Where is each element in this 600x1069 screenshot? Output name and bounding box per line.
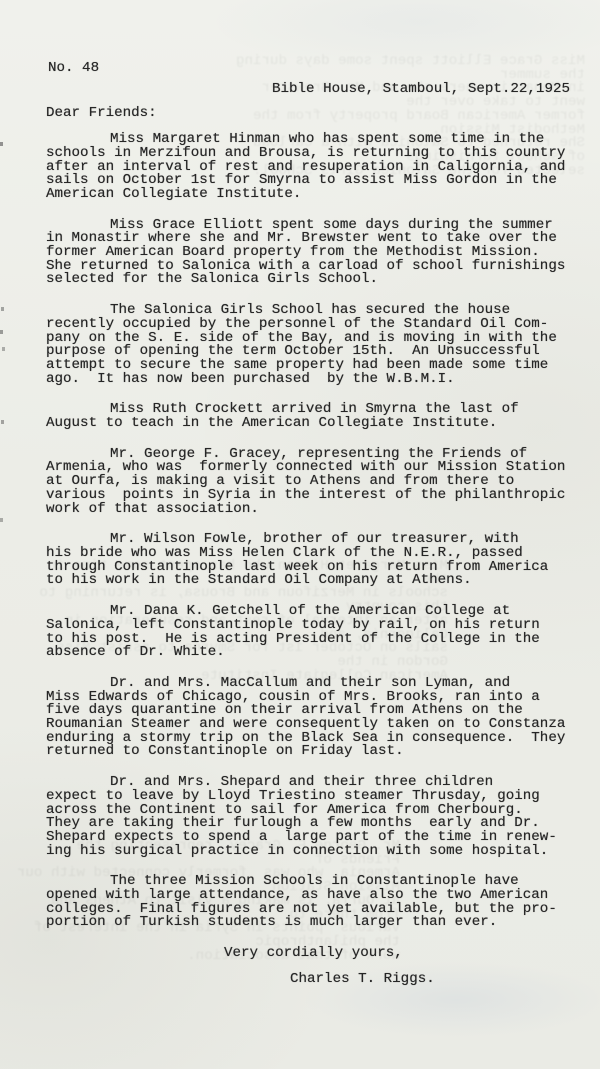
paragraph-6: Mr. Wilson Fowle, brother of our treasur… <box>46 533 570 588</box>
paragraph-8: Dr. and Mrs. MacCallum and their son Lym… <box>46 677 570 759</box>
paragraph-10: The three Mission Schools in Constantino… <box>46 875 570 930</box>
dateline: Bible House, Stamboul, Sept.22,1925 <box>46 83 570 97</box>
paragraph-3: The Salonica Girls School has secured th… <box>46 304 570 386</box>
letter-body: Miss Margaret Hinman who has spent some … <box>46 133 570 930</box>
paragraph-2: Miss Grace Elliott spent some days durin… <box>46 219 570 288</box>
signature-name: Charles T. Riggs. <box>290 973 570 987</box>
letter-number: No. 48 <box>48 62 570 76</box>
salutation: Dear Friends: <box>46 107 570 121</box>
paragraph-7: Mr. Dana K. Getchell of the American Col… <box>46 605 570 660</box>
paragraph-5: Mr. George F. Gracey, representing the F… <box>46 448 570 517</box>
scan-speck-marks <box>0 142 3 146</box>
letter-page: Miss Grace Elliott spent some days durin… <box>0 0 600 1069</box>
paragraph-1: Miss Margaret Hinman who has spent some … <box>46 133 570 202</box>
closing-line: Very cordially yours, <box>224 947 570 961</box>
paragraph-4: Miss Ruth Crockett arrived in Smyrna the… <box>46 403 570 430</box>
paragraph-9: Dr. and Mrs. Shepard and their three chi… <box>46 776 570 858</box>
